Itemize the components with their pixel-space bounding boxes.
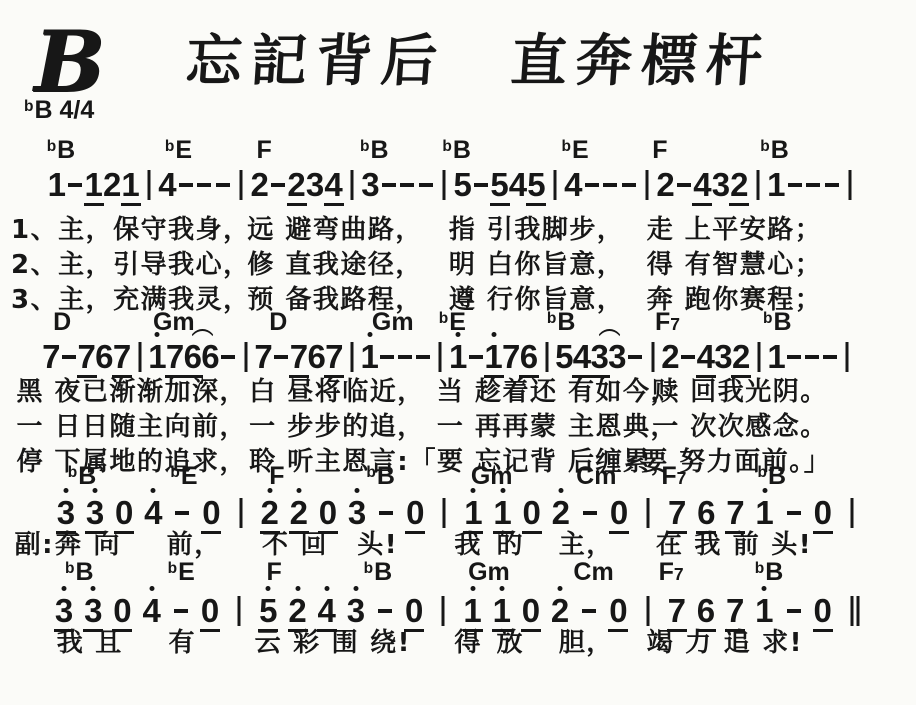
note-token: 6 bbox=[694, 594, 718, 627]
lyric-segment: 绕! bbox=[370, 629, 411, 658]
flat-sign: b bbox=[442, 138, 451, 155]
lyric-segment: 一 日日随主向前， bbox=[16, 413, 247, 442]
ornamental-letter-b: B bbox=[34, 20, 105, 104]
note-token: 0 bbox=[110, 594, 134, 627]
note-token: 7 bbox=[39, 340, 63, 373]
barline bbox=[442, 596, 445, 626]
flat-sign: b bbox=[439, 310, 448, 327]
duration-dash bbox=[400, 183, 414, 187]
note-token: 2 bbox=[287, 496, 311, 529]
chord-label: F7 bbox=[661, 464, 686, 489]
note-token: 2 bbox=[658, 340, 682, 373]
duration-dash bbox=[787, 609, 801, 613]
chord-label: bE bbox=[439, 310, 466, 335]
note-token: 1 bbox=[119, 168, 143, 201]
duration-dash bbox=[271, 183, 285, 187]
note-token: 2 bbox=[248, 168, 272, 201]
chord-seventh: 7 bbox=[677, 468, 687, 488]
barline bbox=[351, 342, 354, 372]
note-token: 0 bbox=[606, 594, 630, 627]
duration-dash bbox=[379, 511, 393, 515]
flat-sign: b bbox=[763, 310, 772, 327]
chord-label: bE bbox=[168, 560, 195, 585]
lyric-segment: 「要 忘记背 后缠累， bbox=[409, 448, 678, 477]
duration-dash bbox=[622, 183, 636, 187]
chord-label: bB bbox=[755, 560, 784, 585]
chord-seventh: 7 bbox=[674, 564, 684, 584]
note-token: 0 bbox=[811, 594, 835, 627]
note-token: 2 bbox=[727, 168, 751, 201]
flat-sign: b bbox=[65, 560, 74, 577]
lyric-segment: 走 上平安路； bbox=[647, 216, 823, 245]
barline bbox=[238, 596, 241, 626]
note-token: 3 bbox=[83, 496, 107, 529]
barline bbox=[757, 342, 760, 372]
note-token: 2 bbox=[549, 496, 573, 529]
barline bbox=[240, 170, 243, 200]
lyric-segment: 明 白你旨意， bbox=[449, 251, 625, 280]
barline bbox=[439, 342, 442, 372]
note-token: 0 bbox=[199, 496, 223, 529]
chord-label: F bbox=[652, 138, 667, 163]
note-token: 1 bbox=[45, 168, 69, 201]
duration-dash bbox=[474, 183, 488, 187]
song-title: 忘記背后 直奔標杆 bbox=[184, 34, 773, 90]
duration-dash bbox=[398, 355, 412, 359]
duration-dash bbox=[175, 511, 189, 515]
note-token: 7 bbox=[665, 496, 689, 529]
chord-label: bB bbox=[68, 464, 97, 489]
barline bbox=[239, 498, 242, 528]
barline bbox=[646, 596, 649, 626]
chord-label: Cm bbox=[576, 464, 616, 489]
lyric-segment: 白 昼将临近， bbox=[249, 378, 425, 407]
lyric-segment: 黑 夜已渐渐加深， bbox=[16, 378, 247, 407]
lyric-segment: 副: bbox=[15, 531, 54, 560]
lyric-segment: 我 bbox=[57, 629, 85, 658]
note-token: 3 bbox=[605, 340, 629, 373]
lyric-segment: 一 次次感念。 bbox=[652, 413, 828, 442]
chord-label: Gm bbox=[372, 310, 414, 335]
flat-sign: b bbox=[165, 138, 174, 155]
chord-label: D bbox=[53, 310, 71, 335]
note-token: 2 bbox=[729, 340, 753, 373]
note-token: 3 bbox=[345, 496, 369, 529]
note-token: 0 bbox=[198, 594, 222, 627]
lyric-segment: 赎 回我光阴。 bbox=[652, 378, 828, 407]
chord-label: F bbox=[269, 464, 284, 489]
lyric-segment: 追 bbox=[724, 629, 752, 658]
duration-dash bbox=[603, 183, 617, 187]
lyric-segment: 围 bbox=[332, 629, 360, 658]
lyric-segment: 得 有智慧心； bbox=[647, 251, 823, 280]
flat-sign: b bbox=[24, 98, 33, 115]
lyric-segment: 1、主，保守我身， bbox=[11, 216, 251, 245]
note-token: 1 bbox=[753, 496, 777, 529]
duration-dash bbox=[787, 511, 801, 515]
chord-label: bB bbox=[366, 464, 395, 489]
note-token: 1 bbox=[358, 340, 382, 373]
lyric-segment: 竭 bbox=[647, 629, 675, 658]
duration-dash bbox=[805, 355, 819, 359]
note-token: 1 bbox=[765, 340, 789, 373]
note-token: 7 bbox=[110, 340, 134, 373]
note-token: 1 bbox=[446, 340, 470, 373]
barline bbox=[647, 498, 650, 528]
lyric-segment: 我 bbox=[694, 531, 722, 560]
flat-sign: b bbox=[68, 464, 77, 481]
lyric-segment: 2、主，引导我心， bbox=[11, 251, 251, 280]
note-token: 0 bbox=[403, 496, 427, 529]
lyric-segment: 修 直我途径， bbox=[247, 251, 423, 280]
barline bbox=[849, 170, 852, 200]
duration-dash bbox=[585, 183, 599, 187]
note-token: 0 bbox=[520, 496, 544, 529]
tie-arc bbox=[596, 329, 624, 344]
barline bbox=[553, 170, 556, 200]
flat-sign: b bbox=[170, 464, 179, 481]
barline bbox=[148, 170, 151, 200]
chord-label: bE bbox=[165, 138, 192, 163]
lyric-segment: 云 bbox=[255, 629, 283, 658]
chord-label: F bbox=[256, 138, 271, 163]
key-time-signature: bB 4/4 bbox=[24, 98, 94, 123]
duration-dash bbox=[419, 183, 433, 187]
note-token: 0 bbox=[607, 496, 631, 529]
lyric-segment: 且 bbox=[95, 629, 123, 658]
flat-sign: b bbox=[758, 464, 767, 481]
flat-sign: b bbox=[760, 138, 769, 155]
lyric-segment: 不 bbox=[262, 531, 290, 560]
note-token: 3 bbox=[358, 168, 382, 201]
duration-dash bbox=[216, 183, 230, 187]
note-token: 7 bbox=[252, 340, 276, 373]
key-time-text: B 4/4 bbox=[34, 96, 94, 124]
note-token: 7 bbox=[723, 496, 747, 529]
lyric-segment: 当 趁着还 有如今， bbox=[437, 378, 678, 407]
note-token: 5 bbox=[524, 168, 548, 201]
lyric-segment: 远 避弯曲路， bbox=[247, 216, 423, 245]
note-token: 2 bbox=[654, 168, 678, 201]
note-token: 7 bbox=[665, 594, 689, 627]
note-token: 1 bbox=[461, 496, 485, 529]
note-token: 1 bbox=[491, 496, 515, 529]
lyric-segment: 在 bbox=[656, 531, 684, 560]
flat-sign: b bbox=[47, 138, 56, 155]
note-token: 4 bbox=[561, 168, 585, 201]
note-token: 4 bbox=[141, 496, 165, 529]
note-token: 2 bbox=[258, 496, 282, 529]
note-token: 4 bbox=[155, 168, 179, 201]
flat-sign: b bbox=[168, 560, 177, 577]
lyric-segment: 力 bbox=[685, 629, 713, 658]
chord-label: Gm bbox=[153, 310, 195, 335]
barline bbox=[756, 170, 759, 200]
barline bbox=[846, 342, 849, 372]
note-token: 1 bbox=[752, 594, 776, 627]
note-token: 3 bbox=[52, 594, 76, 627]
note-token: 2 bbox=[548, 594, 572, 627]
lyric-segment: 胆， bbox=[559, 629, 614, 658]
duration-dash bbox=[582, 609, 596, 613]
flat-sign: b bbox=[360, 138, 369, 155]
flat-sign: b bbox=[562, 138, 571, 155]
lyric-segment: 求! bbox=[762, 629, 803, 658]
lyric-segment: 回 bbox=[300, 531, 328, 560]
chord-label: Cm bbox=[573, 560, 613, 585]
duration-dash bbox=[179, 183, 193, 187]
duration-dash bbox=[787, 355, 801, 359]
barline bbox=[244, 342, 247, 372]
lyric-segment: 有 bbox=[169, 629, 197, 658]
chord-label: F bbox=[267, 560, 282, 585]
note-token: 0 bbox=[811, 496, 835, 529]
sheet-page: B 忘記背后 直奔標杆 bB 4/4 bBbEFbBbBbEFbB1121422… bbox=[0, 0, 916, 705]
note-token: 5 bbox=[256, 594, 280, 627]
note-token: 7 bbox=[322, 340, 346, 373]
chord-label: bB bbox=[758, 464, 787, 489]
duration-dash bbox=[825, 183, 839, 187]
flat-sign: b bbox=[547, 310, 556, 327]
barline bbox=[443, 498, 446, 528]
lyric-segment: 彩 bbox=[293, 629, 321, 658]
chord-label: bB bbox=[442, 138, 471, 163]
duration-dash bbox=[416, 355, 430, 359]
barline bbox=[651, 342, 654, 372]
note-token: 4 bbox=[140, 594, 164, 627]
note-token: 6 bbox=[198, 340, 222, 373]
note-token: 5 bbox=[451, 168, 475, 201]
duration-dash bbox=[221, 355, 235, 359]
duration-dash bbox=[677, 183, 691, 187]
chord-label: bB bbox=[547, 310, 576, 335]
duration-dash bbox=[382, 183, 396, 187]
chord-seventh: 7 bbox=[670, 314, 680, 334]
note-token: 1 bbox=[490, 594, 514, 627]
barline bbox=[545, 342, 548, 372]
lyric-segment: 一 步步的追， bbox=[249, 413, 425, 442]
lyric-segment: 的 bbox=[496, 531, 524, 560]
barline bbox=[350, 170, 353, 200]
duration-dash bbox=[823, 355, 837, 359]
chord-label: bB bbox=[763, 310, 792, 335]
lyric-segment: 前 bbox=[733, 531, 761, 560]
barline bbox=[646, 170, 649, 200]
duration-dash bbox=[68, 183, 82, 187]
note-token: 1 bbox=[764, 168, 788, 201]
chord-label: bB bbox=[364, 560, 393, 585]
note-token: 2 bbox=[286, 594, 310, 627]
lyric-segment: 指 引我脚步， bbox=[449, 216, 625, 245]
lyric-segment: 头! bbox=[771, 531, 812, 560]
duration-dash bbox=[583, 511, 597, 515]
chord-label: bB bbox=[360, 138, 389, 163]
note-token: 4 bbox=[322, 168, 346, 201]
barline bbox=[856, 596, 859, 626]
note-token: 4 bbox=[315, 594, 339, 627]
chord-label: D bbox=[269, 310, 287, 335]
lyric-segment: 奔 bbox=[55, 531, 83, 560]
lyric-segment: 我 bbox=[454, 531, 482, 560]
chord-label: bB bbox=[47, 138, 76, 163]
note-token: 7 bbox=[723, 594, 747, 627]
flat-sign: b bbox=[366, 464, 375, 481]
lyric-segment: 主， bbox=[559, 531, 614, 560]
note-token: 3 bbox=[344, 594, 368, 627]
chord-label: bE bbox=[170, 464, 197, 489]
lyric-segment: 停 下属地的追求， bbox=[16, 448, 247, 477]
note-token: 0 bbox=[519, 594, 543, 627]
note-token: 0 bbox=[112, 496, 136, 529]
chord-label: Gm bbox=[471, 464, 513, 489]
note-token: 3 bbox=[81, 594, 105, 627]
duration-dash bbox=[806, 183, 820, 187]
lyric-segment: 3、主，充满我灵， bbox=[11, 286, 251, 315]
lyric-segment: 前， bbox=[167, 531, 222, 560]
chord-label: F7 bbox=[659, 560, 684, 585]
duration-dash bbox=[197, 183, 211, 187]
flat-sign: b bbox=[364, 560, 373, 577]
duration-dash bbox=[380, 355, 394, 359]
note-token: 0 bbox=[316, 496, 340, 529]
flat-sign: b bbox=[755, 560, 764, 577]
chord-label: bB bbox=[760, 138, 789, 163]
lyric-segment: 得 bbox=[454, 629, 482, 658]
lyric-segment: 一 再再蒙 主恩典， bbox=[437, 413, 678, 442]
note-token: 0 bbox=[402, 594, 426, 627]
duration-dash bbox=[788, 183, 802, 187]
duration-dash bbox=[628, 355, 642, 359]
chord-label: bE bbox=[562, 138, 589, 163]
duration-dash bbox=[378, 609, 392, 613]
barline bbox=[443, 170, 446, 200]
barline bbox=[850, 596, 853, 626]
chord-label: F7 bbox=[655, 310, 680, 335]
note-token: 1 bbox=[461, 594, 485, 627]
lyric-segment: 向 bbox=[93, 531, 121, 560]
note-token: 3 bbox=[54, 496, 78, 529]
duration-dash bbox=[174, 609, 188, 613]
lyric-segment: 遵 行你旨意， bbox=[449, 286, 625, 315]
note-token: 6 bbox=[694, 496, 718, 529]
chord-label: bB bbox=[65, 560, 94, 585]
chord-label: Gm bbox=[468, 560, 510, 585]
lyric-segment: 放 bbox=[496, 629, 524, 658]
note-token: 6 bbox=[517, 340, 541, 373]
barline bbox=[138, 342, 141, 372]
lyric-segment: 头! bbox=[357, 531, 398, 560]
barline bbox=[850, 498, 853, 528]
